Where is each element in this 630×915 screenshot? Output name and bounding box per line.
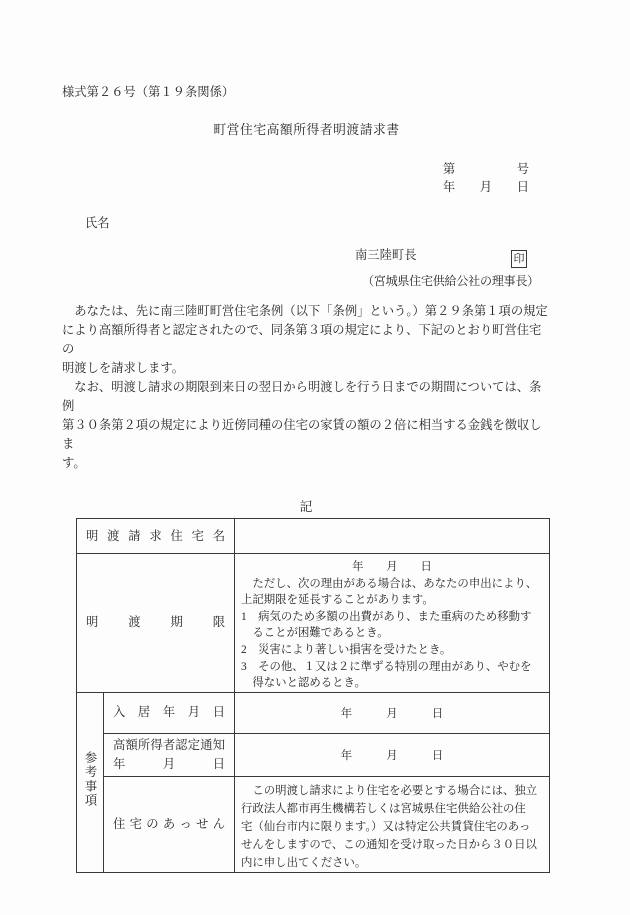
document-number-line: 第 号 (62, 161, 529, 179)
request-details-table: 明 渡 請 求 住 宅 名 明 渡 期 限 年 月 日 ただし、次の理由がある場… (76, 518, 550, 873)
mayor-subtitle: （宮城県住宅供給公社の理事長） (62, 273, 551, 289)
move-in-date-value: 年 月 日 (235, 692, 550, 733)
housing-assistance-label: 住 宅 の あ っ せ ん (104, 776, 235, 872)
reference-items-header-cell: 参考事項 (77, 692, 104, 872)
housing-assistance-note: この明渡し請求により住宅を必要とする場合には、独立 行政法人都市再生機構若しくは… (241, 782, 543, 872)
document-date-line: 年 月 日 (62, 179, 529, 197)
housing-assistance-cell: この明渡し請求により住宅を必要とする場合には、独立 行政法人都市再生機構若しくは… (235, 776, 550, 872)
surrender-deadline-cell: 年 月 日 ただし、次の理由がある場合は、あなたの申出により、 上記期限を延長す… (235, 554, 550, 693)
table-row: 明 渡 請 求 住 宅 名 (77, 519, 550, 554)
record-heading: 記 (62, 499, 551, 515)
reference-items-header: 参考事項 (81, 751, 99, 808)
document-page: 様式第２６号（第１９条関係） 町営住宅高額所得者明渡請求書 第 号 年 月 日 … (0, 0, 630, 915)
table-row: 高額所得者認定通知 年 月 日 年 月 日 (77, 733, 550, 776)
house-name-value-cell (235, 519, 550, 554)
body-paragraph-1: あなたは、先に南三陸町町営住宅条例（以下「条例」という。）第２９条第１項の規定 … (62, 302, 551, 378)
deadline-extension-note: ただし、次の理由がある場合は、あなたの申出により、 上記期限を延長することがあり… (241, 576, 543, 692)
mayor-title: 南三陸町長 (355, 248, 417, 262)
document-number-block: 第 号 年 月 日 (62, 161, 551, 196)
surrender-deadline-label: 明 渡 期 限 (77, 554, 235, 693)
high-income-notice-date-value: 年 月 日 (235, 733, 550, 776)
seal-stamp: 印 (511, 250, 527, 268)
house-name-label: 明 渡 請 求 住 宅 名 (77, 519, 235, 554)
body-paragraph-2: なお、明渡し請求の期限到来日の翌日から明渡しを行う日までの期間については、条例 … (62, 378, 551, 473)
issuer-block: 南三陸町長 印 （宮城県住宅供給公社の理事長） (62, 247, 551, 289)
deadline-date-line: 年 月 日 (241, 559, 543, 576)
name-label: 氏名 (85, 215, 551, 231)
table-row: 参考事項 入 居 年 月 日 年 月 日 (77, 692, 550, 733)
table-row: 明 渡 期 限 年 月 日 ただし、次の理由がある場合は、あなたの申出により、 … (77, 554, 550, 693)
move-in-date-label: 入 居 年 月 日 (104, 692, 235, 733)
form-number: 様式第２６号（第１９条関係） (62, 85, 551, 99)
document-title: 町営住宅高額所得者明渡請求書 (62, 122, 551, 138)
table-row: 住 宅 の あ っ せ ん この明渡し請求により住宅を必要とする場合には、独立 … (77, 776, 550, 872)
issuer-line: 南三陸町長 印 (62, 247, 551, 265)
high-income-notice-date-label: 高額所得者認定通知 年 月 日 (104, 733, 235, 776)
